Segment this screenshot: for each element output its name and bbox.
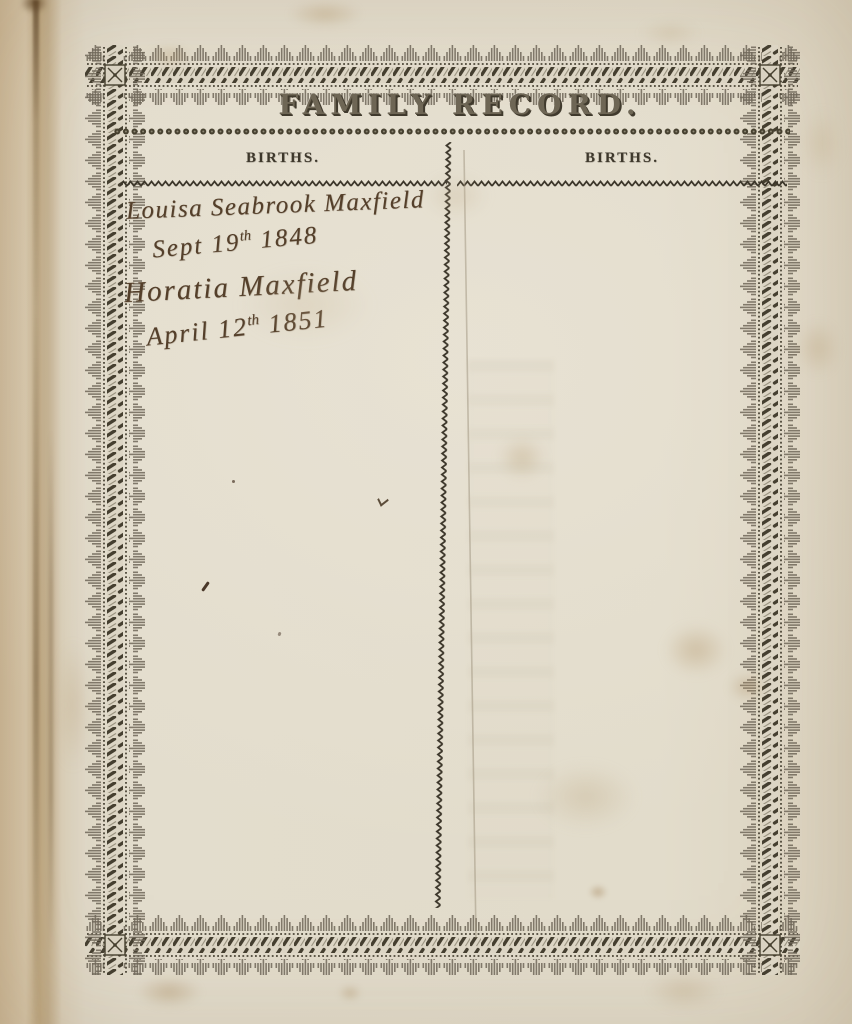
column-rule-right — [457, 179, 787, 188]
stain — [728, 672, 766, 702]
gutter-crease — [33, 0, 39, 1024]
gutter-crease-lower — [49, 430, 53, 950]
stain — [136, 976, 202, 1008]
entry-date-day: Sept 19 — [151, 229, 241, 264]
book-page-photo: FAMILY RECORD. BIRTHS. BIRTHS. Louisa Se… — [0, 0, 852, 1024]
stain — [802, 110, 842, 176]
stain — [640, 20, 700, 46]
beaded-rule — [113, 127, 790, 136]
stain — [664, 624, 728, 676]
entry-date-day: April 12 — [145, 312, 249, 351]
column-header-births-left: BIRTHS. — [118, 150, 448, 167]
ink-mark — [201, 581, 210, 592]
stain — [240, 270, 370, 340]
ink-mark — [377, 493, 388, 507]
ordinal-suffix: th — [239, 228, 252, 245]
ink-mark — [277, 632, 281, 637]
stain — [536, 764, 636, 830]
column-header-births-right: BIRTHS. — [457, 150, 787, 167]
border-bottom — [85, 915, 800, 975]
entry-date-year: 1848 — [259, 222, 319, 254]
page-title: FAMILY RECORD. — [90, 88, 830, 121]
ink-mark — [232, 480, 235, 483]
stain — [424, 174, 488, 218]
birth-entry-name: Louisa Seabrook Maxfield — [126, 186, 426, 225]
border-right — [740, 45, 800, 975]
column-divider — [433, 142, 453, 908]
birth-entry-date: Sept 19th1848 — [151, 222, 319, 265]
border-left — [85, 45, 145, 975]
stain — [498, 436, 546, 480]
stain — [646, 972, 722, 1010]
stain — [56, 640, 90, 770]
stain — [338, 984, 362, 1002]
stain — [796, 320, 840, 376]
stain — [148, 44, 192, 68]
stain — [288, 0, 362, 28]
stain — [588, 884, 608, 900]
